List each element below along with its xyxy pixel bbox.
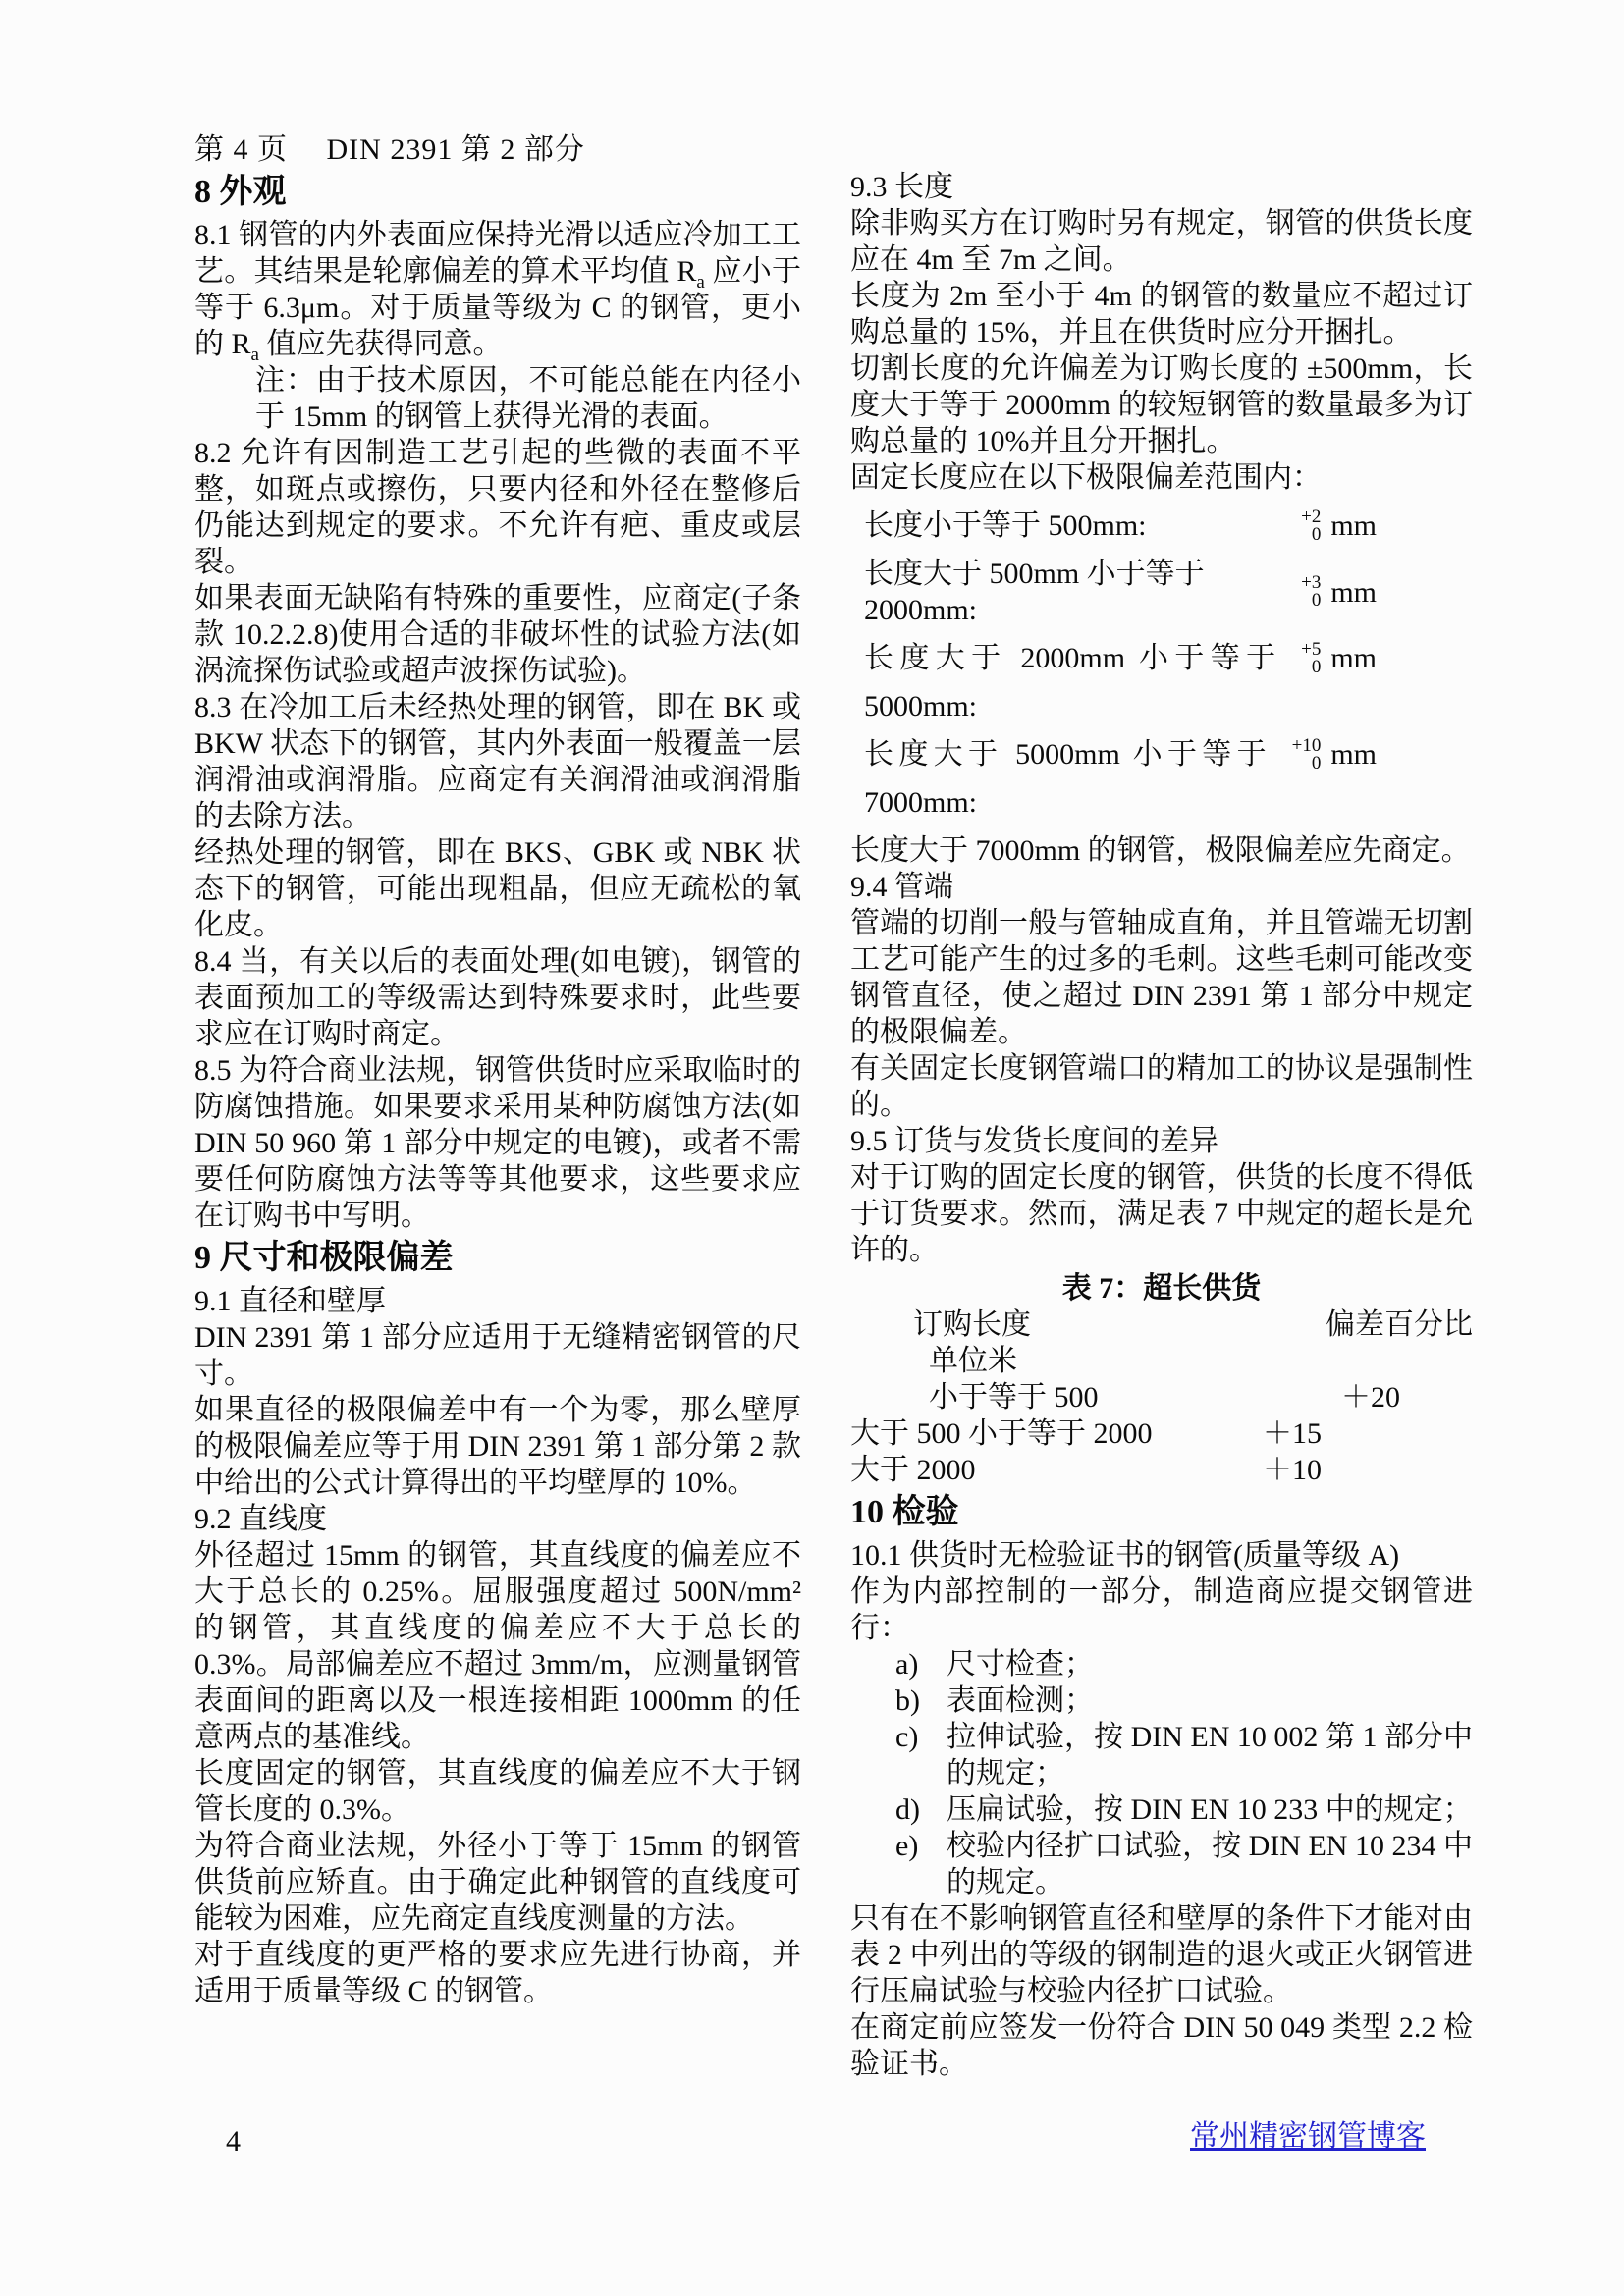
- tolerance-stack: +10 0: [1292, 737, 1322, 773]
- tolerance-upper: +5: [1301, 641, 1321, 659]
- left-column: 第 4 页 DIN 2391 第 2 部分 8 外观 8.1 钢管的内外表面应保…: [194, 132, 801, 2082]
- para-10-1b: 作为内部控制的一部分，制造商应提交钢管进行：: [850, 1574, 1473, 1646]
- para-9-5a: 对于订购的固定长度的钢管，供货的长度不得低于订货要求。然而，满足表 7 中规定的…: [850, 1159, 1473, 1268]
- list-text: 校验内径扩口试验，按 DIN EN 10 234 中的规定。: [947, 1828, 1473, 1900]
- table-row: 小于等于 500 ＋20: [850, 1379, 1473, 1415]
- table-7-deviation-cell: ＋20: [1341, 1379, 1473, 1415]
- tolerance-unit: mm: [1330, 574, 1377, 611]
- list-text: 尺寸检查；: [947, 1646, 1473, 1682]
- tolerance-upper: +2: [1301, 508, 1321, 526]
- length-tolerance-row-1: 长度小于等于 500mm: +2 0 mm: [850, 507, 1473, 544]
- section-9-2-title: 9.2 直线度: [194, 1501, 801, 1537]
- section-8-heading: 8 外观: [194, 170, 801, 214]
- table-7-length-cell: 大于 2000: [850, 1452, 1263, 1488]
- page-header: 第 4 页 DIN 2391 第 2 部分: [194, 132, 801, 168]
- tolerance-row-3-continuation: 5000mm:: [850, 688, 1473, 724]
- tolerance-stack: +2 0: [1301, 508, 1321, 544]
- para-8-3: 8.3 在冷加工后未经热处理的钢管，即在 BK 或 BKW 状态下的钢管，其内外…: [194, 689, 801, 834]
- section-9-4-title: 9.4 管端: [850, 869, 1473, 905]
- length-tolerance-row-2: 长度大于 500mm 小于等于 2000mm: +3 0 mm: [850, 556, 1473, 628]
- page-number: 4: [226, 2123, 241, 2160]
- document-page: 第 4 页 DIN 2391 第 2 部分 8 外观 8.1 钢管的内外表面应保…: [0, 0, 1624, 2296]
- tolerance-lower: 0: [1312, 526, 1322, 544]
- para-9-1a: DIN 2391 第 1 部分应适用于无缝精密钢管的尺寸。: [194, 1319, 801, 1392]
- tolerance-label: 长度大于 2000mm 小于等于: [864, 640, 1275, 676]
- table-7-unit: 单位米: [850, 1343, 1341, 1379]
- para-10-1: 10.1 供货时无检验证书的钢管(质量等级 A): [850, 1537, 1473, 1574]
- list-marker: a): [895, 1646, 947, 1682]
- list-marker: d): [895, 1791, 947, 1828]
- tolerance-row-4-continuation: 7000mm:: [850, 784, 1473, 821]
- ra-subscript: a: [696, 272, 704, 293]
- para-9-2c: 为符合商业法规，外径小于等于 15mm 的钢管供货前应矫直。由于确定此种钢管的直…: [194, 1828, 801, 1937]
- para-9-2d: 对于直线度的更严格的要求应先进行协商，并适用于质量等级 C 的钢管。: [194, 1937, 801, 2009]
- list-text: 表面检测；: [947, 1682, 1473, 1719]
- table-7-col1-header: 订购长度: [850, 1307, 1326, 1343]
- list-item: e) 校验内径扩口试验，按 DIN EN 10 234 中的规定。: [850, 1828, 1473, 1900]
- tolerance-lower: 0: [1312, 592, 1322, 610]
- tolerance-stack: +5 0: [1301, 641, 1321, 676]
- list-marker: e): [895, 1828, 947, 1900]
- tolerance-unit: mm: [1330, 640, 1377, 676]
- list-text: 拉伸试验，按 DIN EN 10 002 第 1 部分中的规定；: [947, 1719, 1473, 1791]
- para-8-1-text3: 值应先获得同意。: [259, 328, 503, 360]
- section-9-3-title: 9.3 长度: [850, 169, 1473, 205]
- inspection-list: a) 尺寸检查； b) 表面检测； c) 拉伸试验，按 DIN EN 10 00…: [850, 1646, 1473, 1900]
- table-7-length-cell: 大于 500 小于等于 2000: [850, 1415, 1263, 1452]
- table-row: 大于 2000 ＋10: [850, 1452, 1473, 1488]
- tolerance-unit: mm: [1330, 736, 1377, 773]
- para-10-c: 在商定前应签发一份符合 DIN 50 049 类型 2.2 检验证书。: [850, 2009, 1473, 2082]
- table-7-deviation-cell: ＋15: [1263, 1415, 1473, 1452]
- para-9-2b: 长度固定的钢管，其直线度的偏差应不大于钢管长度的 0.3%。: [194, 1755, 801, 1828]
- blog-link[interactable]: 常州精密钢管博客: [1190, 2118, 1426, 2155]
- table-7: 表 7：超长供货 订购长度 偏差百分比 单位米 小于等于 500 ＋20 大于 …: [850, 1270, 1473, 1488]
- list-marker: c): [895, 1719, 947, 1791]
- section-9-1-title: 9.1 直径和壁厚: [194, 1283, 801, 1319]
- tolerance-lower: 0: [1312, 755, 1322, 773]
- para-10-b: 只有在不影响钢管直径和壁厚的条件下才能对由表 2 中列出的等级的钢制造的退火或正…: [850, 1900, 1473, 2009]
- length-tolerance-row-4: 长度大于 5000mm 小于等于 +10 0 mm: [850, 736, 1473, 773]
- list-text: 压扁试验，按 DIN EN 10 233 中的规定；: [947, 1791, 1473, 1828]
- list-item: b) 表面检测；: [850, 1682, 1473, 1719]
- table-7-unit-row: 单位米: [850, 1343, 1473, 1379]
- tolerance-label: 长度小于等于 500mm:: [864, 507, 1301, 544]
- table-7-deviation-cell: ＋10: [1263, 1452, 1473, 1488]
- para-9-4b: 有关固定长度钢管端口的精加工的协议是强制性的。: [850, 1050, 1473, 1123]
- tolerance-lower: 0: [1312, 659, 1322, 676]
- para-8-3b: 经热处理的钢管，即在 BKS、GBK 或 NBK 状态下的钢管，可能出现粗晶，但…: [194, 834, 801, 943]
- para-9-3e: 长度大于 7000mm 的钢管，极限偏差应先商定。: [850, 832, 1473, 869]
- para-8-4: 8.4 当，有关以后的表面处理(如电镀)，钢管的表面预加工的等级需达到特殊要求时…: [194, 943, 801, 1052]
- para-9-3a: 除非购买方在订购时另有规定，钢管的供货长度应在 4m 至 7m 之间。: [850, 205, 1473, 278]
- para-8-1: 8.1 钢管的内外表面应保持光滑以适应冷加工工艺。其结果是轮廓偏差的算术平均值 …: [194, 217, 801, 362]
- two-column-layout: 第 4 页 DIN 2391 第 2 部分 8 外观 8.1 钢管的内外表面应保…: [194, 132, 1473, 2082]
- list-item: c) 拉伸试验，按 DIN EN 10 002 第 1 部分中的规定；: [850, 1719, 1473, 1791]
- para-9-3b: 长度为 2m 至小于 4m 的钢管的数量应不超过订购总量的 15%，并且在供货时…: [850, 278, 1473, 350]
- para-8-2: 8.2 允许有因制造工艺引起的些微的表面不平整，如斑点或擦伤，只要内径和外径在整…: [194, 435, 801, 580]
- table-7-header-row: 订购长度 偏差百分比: [850, 1307, 1473, 1343]
- table-7-title: 表 7：超长供货: [850, 1270, 1473, 1307]
- para-9-2a: 外径超过 15mm 的钢管，其直线度的偏差应不大于总长的 0.25%。屈服强度超…: [194, 1537, 801, 1755]
- section-9-heading: 9 尺寸和极限偏差: [194, 1236, 801, 1280]
- list-item: d) 压扁试验，按 DIN EN 10 233 中的规定；: [850, 1791, 1473, 1828]
- length-tolerance-row-3: 长度大于 2000mm 小于等于 +5 0 mm: [850, 640, 1473, 676]
- table-7-col2-header: 偏差百分比: [1326, 1307, 1473, 1343]
- para-9-1b: 如果直径的极限偏差中有一个为零，那么壁厚的极限偏差应等于用 DIN 2391 第…: [194, 1392, 801, 1501]
- tolerance-stack: +3 0: [1301, 574, 1321, 610]
- para-8-5: 8.5 为符合商业法规，钢管供货时应采取临时的防腐蚀措施。如果要求采用某种防腐蚀…: [194, 1052, 801, 1234]
- para-9-4a: 管端的切削一般与管轴成直角，并且管端无切割工艺可能产生的过多的毛刺。这些毛刺可能…: [850, 905, 1473, 1050]
- right-column: 9.3 长度 除非购买方在订购时另有规定，钢管的供货长度应在 4m 至 7m 之…: [850, 132, 1473, 2082]
- para-8-1-note: 注：由于技术原因，不可能总能在内径小于 15mm 的钢管上获得光滑的表面。: [255, 362, 801, 435]
- tolerance-label: 长度大于 500mm 小于等于 2000mm:: [864, 556, 1301, 628]
- table-7-length-cell: 小于等于 500: [850, 1379, 1341, 1415]
- tolerance-upper: +10: [1292, 737, 1322, 755]
- list-item: a) 尺寸检查；: [850, 1646, 1473, 1682]
- tolerance-label: 长度大于 5000mm 小于等于: [864, 736, 1267, 773]
- section-10-heading: 10 检验: [850, 1490, 1473, 1534]
- table-row: 大于 500 小于等于 2000 ＋15: [850, 1415, 1473, 1452]
- list-marker: b): [895, 1682, 947, 1719]
- para-9-3d: 固定长度应在以下极限偏差范围内：: [850, 459, 1473, 496]
- section-9-5-title: 9.5 订货与发货长度间的差异: [850, 1123, 1473, 1159]
- tolerance-unit: mm: [1330, 507, 1377, 544]
- para-9-3c: 切割长度的允许偏差为订购长度的 ±500mm，长度大于等于 2000mm 的较短…: [850, 350, 1473, 459]
- para-8-2b: 如果表面无缺陷有特殊的重要性，应商定(子条款 10.2.2.8)使用合适的非破坏…: [194, 580, 801, 689]
